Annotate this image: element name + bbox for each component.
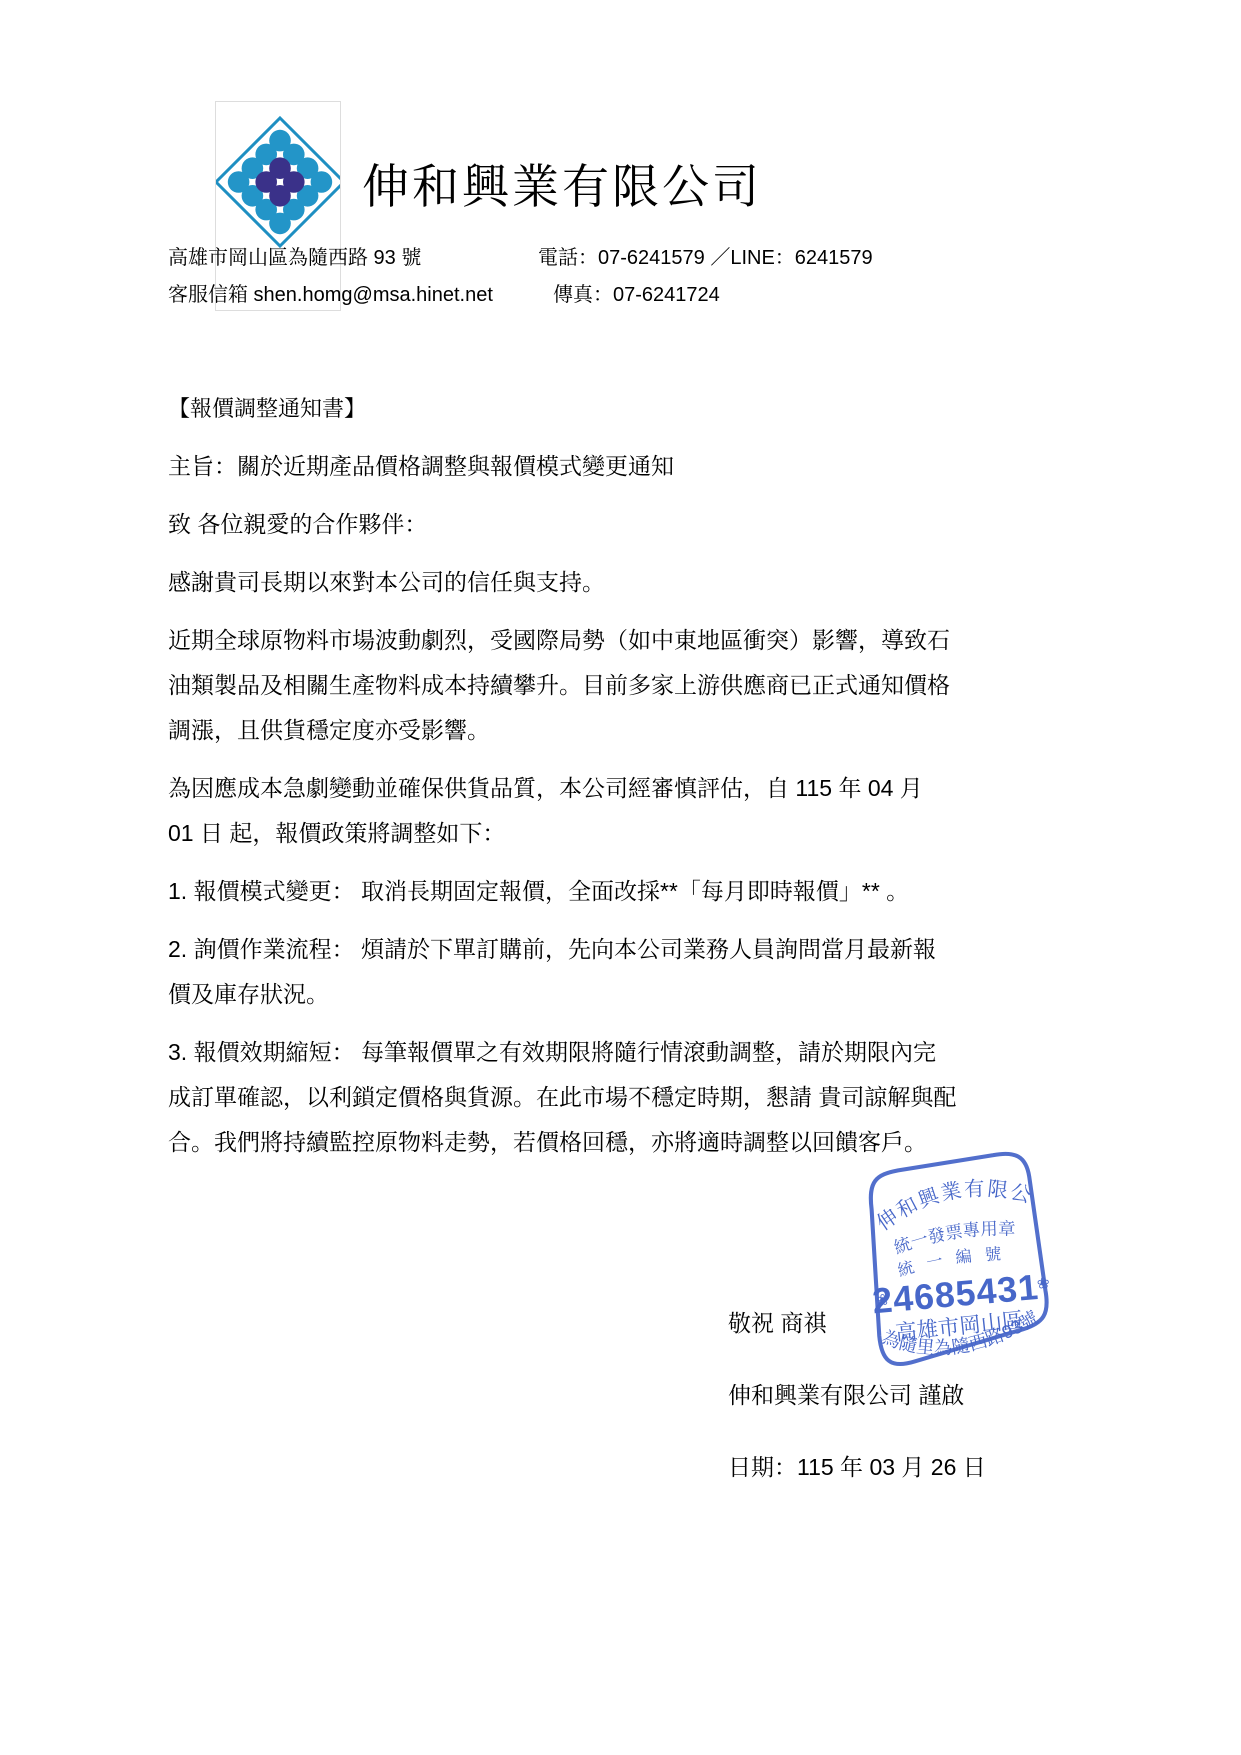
- letter-body: 【報價調整通知書】 主旨：關於近期產品價格調整與報價模式變更通知 致 各位親愛的…: [168, 386, 910, 1178]
- company-name: 伸和興業有限公司: [362, 150, 922, 217]
- list-item-line: 合。我們將持續監控原物料走勢，若價格回穩，亦將適時調整以回饋客戶。: [168, 1120, 910, 1165]
- paragraph-line: 近期全球原物料市場波動劇烈，受國際局勢（如中東地區衝突）影響，導致石: [168, 618, 910, 663]
- list-item-line: 成訂單確認，以利鎖定價格與貨源。在此市場不穩定時期，懇請 貴司諒解與配: [168, 1075, 910, 1120]
- subject-line: 主旨：關於近期產品價格調整與報價模式變更通知: [168, 444, 910, 489]
- stamp-seal-icon: 伸和興業有限公司 統一發票專用章 統 一 編 號 ❀ 24685431 ❀ 高雄…: [844, 1147, 1059, 1377]
- closing-date: 日期：115 年 03 月 26 日: [728, 1449, 986, 1482]
- list-item-3: 3. 報價效期縮短： 每筆報價單之有效期限將隨行情滾動調整，請於期限內完 成訂單…: [168, 1030, 910, 1165]
- stamp-flower-right-icon: ❀: [1036, 1275, 1050, 1293]
- company-phone: 電話：07-6241579 ／LINE：6241579: [538, 241, 873, 270]
- salutation: 致 各位親愛的合作夥伴：: [168, 502, 910, 547]
- paragraph-line: 為因應成本急劇變動並確保供貨品質，本公司經審慎評估，自 115 年 04 月: [168, 766, 910, 811]
- paragraph-market: 近期全球原物料市場波動劇烈，受國際局勢（如中東地區衝突）影響，導致石 油類製品及…: [168, 618, 910, 753]
- list-item-line: 1. 報價模式變更： 取消長期固定報價，全面改採**「每月即時報價」** 。: [168, 869, 910, 914]
- thanks-line: 感謝貴司長期以來對本公司的信任與支持。: [168, 560, 910, 605]
- company-fax: 傳真：07-6241724: [553, 278, 720, 307]
- paragraph-policy: 為因應成本急劇變動並確保供貨品質，本公司經審慎評估，自 115 年 04 月 0…: [168, 766, 910, 856]
- paragraph-line: 調漲，且供貨穩定度亦受影響。: [168, 708, 910, 753]
- closing-signature: 伸和興業有限公司 謹啟: [728, 1377, 986, 1410]
- list-item-line: 2. 詢價作業流程： 煩請於下單訂購前，先向本公司業務人員詢問當月最新報: [168, 927, 910, 972]
- list-item-1: 1. 報價模式變更： 取消長期固定報價，全面改採**「每月即時報價」** 。: [168, 869, 910, 914]
- doc-title: 【報價調整通知書】: [168, 386, 910, 431]
- list-item-line: 3. 報價效期縮短： 每筆報價單之有效期限將隨行情滾動調整，請於期限內完: [168, 1030, 910, 1075]
- paragraph-line: 01 日 起，報價政策將調整如下：: [168, 811, 910, 856]
- company-email: 客服信箱 shen.homg@msa.hinet.net: [168, 278, 493, 307]
- company-stamp: 伸和興業有限公司 統一發票專用章 統 一 編 號 ❀ 24685431 ❀ 高雄…: [844, 1147, 1059, 1377]
- paragraph-line: 油類製品及相關生產物料成本持續攀升。目前多家上游供應商已正式通知價格: [168, 663, 910, 708]
- letter-page: 伸和興業有限公司 高雄市岡山區為隨西路 93 號 電話：07-6241579 ／…: [0, 0, 1241, 1755]
- list-item-line: 價及庫存狀況。: [168, 972, 910, 1017]
- company-address: 高雄市岡山區為隨西路 93 號: [168, 241, 421, 270]
- list-item-2: 2. 詢價作業流程： 煩請於下單訂購前，先向本公司業務人員詢問當月最新報 價及庫…: [168, 927, 910, 1017]
